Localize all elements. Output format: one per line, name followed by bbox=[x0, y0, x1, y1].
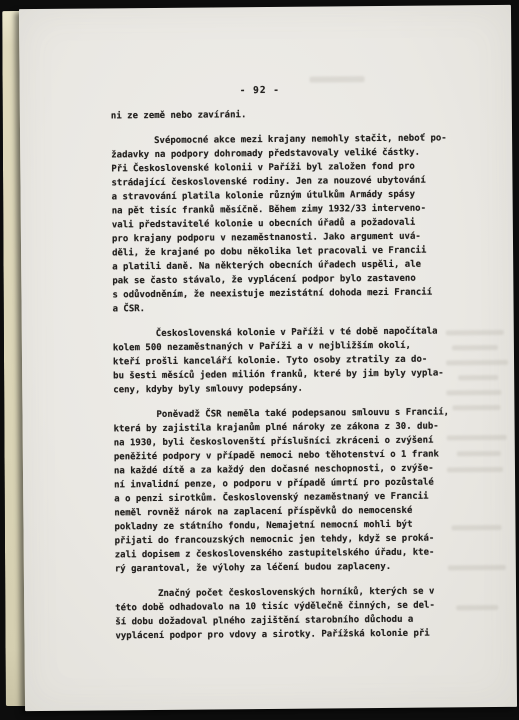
page-text: ni ze země nebo zavíráni.Svépomocné akce… bbox=[111, 106, 452, 654]
bleed-through-mark bbox=[447, 435, 507, 441]
bleed-through-mark bbox=[458, 375, 498, 380]
paragraph: ni ze země nebo zavíráni. bbox=[111, 106, 447, 123]
paragraph: Svépomocné akce mezi krajany nemohly sta… bbox=[111, 131, 449, 316]
document-page: - 92 - ni ze země nebo zavíráni.Svépomoc… bbox=[19, 5, 517, 711]
paragraph: Značný počet československých horníků, k… bbox=[115, 584, 451, 643]
bleed-through-mark bbox=[456, 605, 498, 610]
bleed-through-mark bbox=[446, 360, 508, 366]
bleed-through-mark bbox=[310, 76, 365, 82]
bleed-through-mark bbox=[446, 330, 504, 336]
scanned-book-photo: - 92 - ni ze země nebo zavíráni.Svépomoc… bbox=[0, 0, 519, 720]
paragraph: Poněvadž ČSR neměla také podepsanou smlo… bbox=[113, 405, 450, 576]
paragraph: Československá kolonie v Paříži v té dob… bbox=[113, 324, 450, 397]
bleed-through-mark bbox=[451, 525, 501, 530]
bleed-through-mark bbox=[447, 467, 503, 472]
bleed-through-mark bbox=[457, 451, 501, 456]
bleed-through-mark bbox=[452, 405, 500, 410]
page-number: - 92 - bbox=[240, 85, 280, 96]
bleed-through-mark bbox=[446, 390, 501, 395]
bleed-through-mark bbox=[452, 345, 498, 350]
bleed-through-mark bbox=[448, 565, 506, 571]
